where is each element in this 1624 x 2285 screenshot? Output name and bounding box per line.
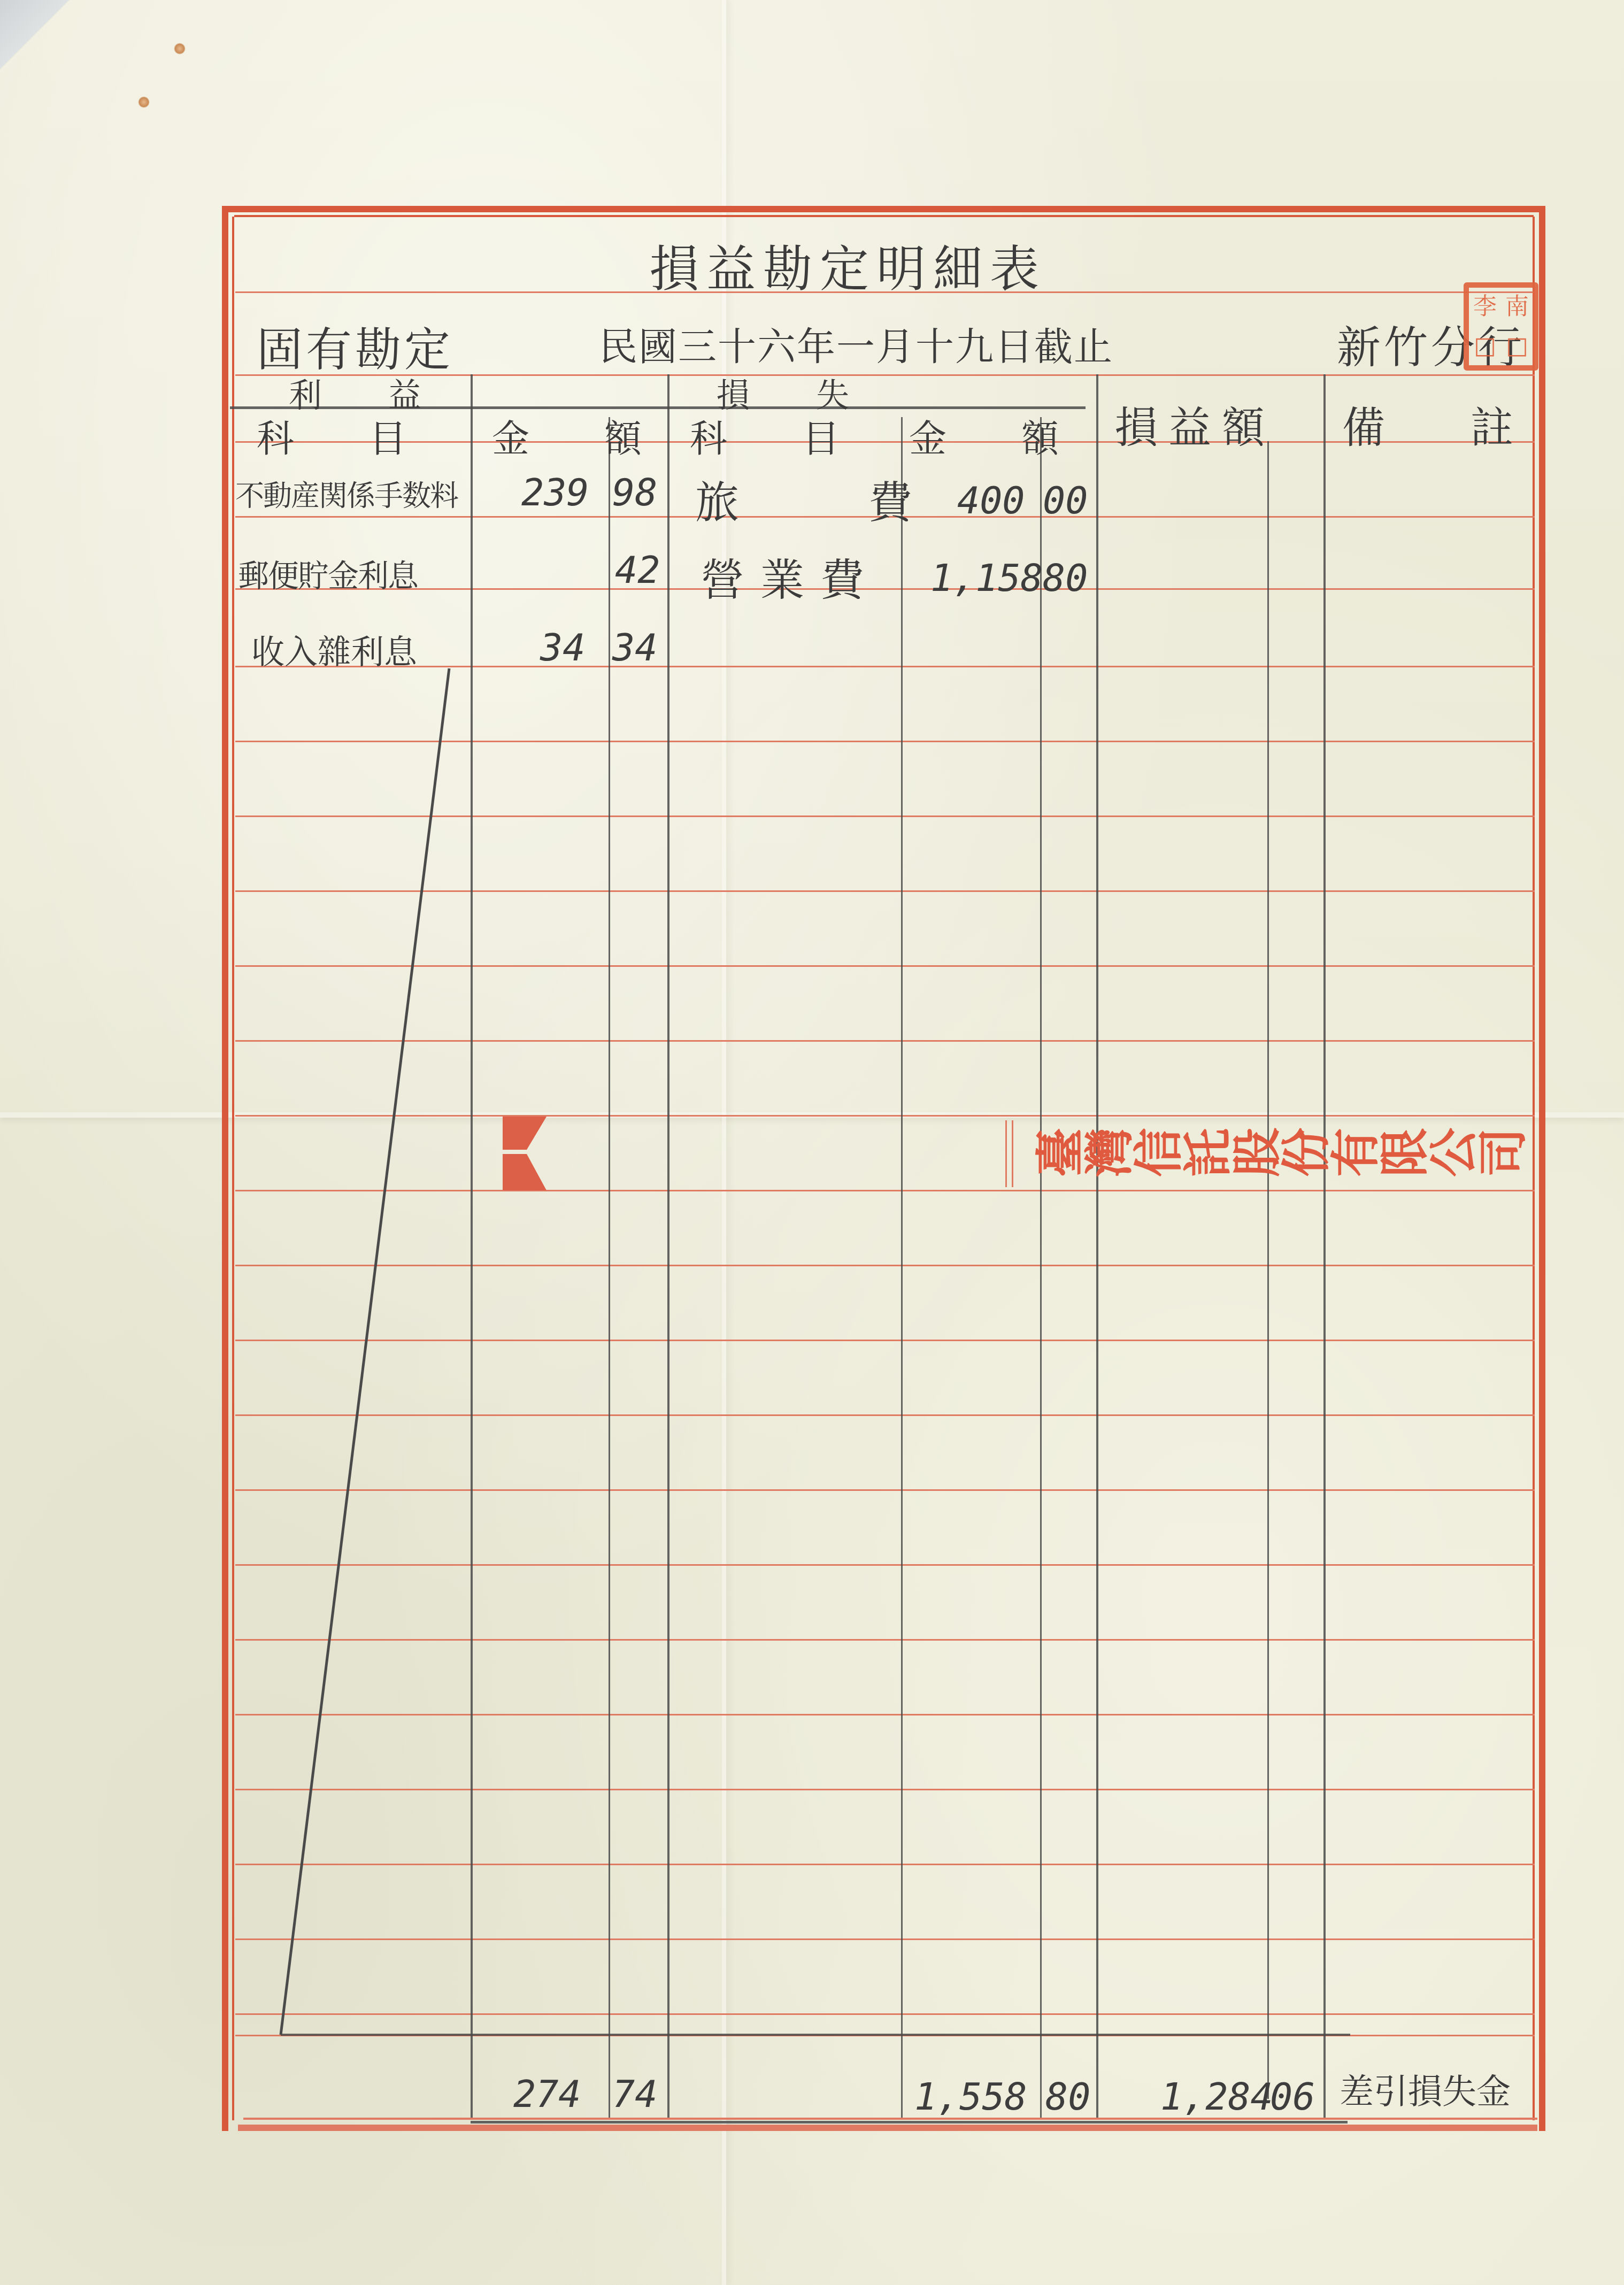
net-loss-int: 1,284: [1160, 2075, 1273, 2119]
loss-amount-int: 400: [957, 479, 1025, 522]
col-header-loss-item: 科 目: [690, 409, 840, 463]
net-loss-dec: 06: [1270, 2075, 1315, 2119]
period-date: 民國三十六年一月十九日截止: [599, 316, 1113, 371]
profit-amount-dec: 42: [615, 548, 660, 592]
profit-amount-dec: 98: [612, 471, 657, 514]
red-seal-stamp: 李 南 □ □: [1464, 282, 1538, 371]
col-header-net: 損益額: [1115, 393, 1275, 455]
band-rule: [1005, 1120, 1007, 1187]
col-header-profit-amount: 金 額: [492, 409, 642, 463]
profit-total-dec: 74: [612, 2072, 657, 2116]
profit-total-int: 274: [513, 2072, 581, 2116]
col-header-remarks: 備 註: [1342, 393, 1535, 455]
printed-company-name: 臺 灣 信 託 股 份 有 限 公 司: [1032, 1120, 1513, 1184]
col-header-profit-item: 科 目: [257, 409, 406, 463]
profit-amount-int: 239: [521, 471, 589, 514]
profit-amount-dec: 34: [612, 626, 657, 670]
loss-item: 營業費: [701, 545, 880, 608]
profit-item: 郵便貯金利息: [238, 551, 418, 596]
net-loss-remark: 差引損失金: [1340, 2064, 1511, 2113]
profit-item: 不動産関係手数料: [235, 473, 458, 514]
loss-amount-int: 1,158: [930, 556, 1043, 600]
loss-amount-dec: 80: [1043, 556, 1088, 600]
loss-total-int: 1,558: [914, 2075, 1027, 2119]
loss-total-dec: 80: [1045, 2075, 1090, 2119]
fishtail-ornament-icon: [503, 1117, 547, 1190]
profit-item: 收入雜利息: [251, 626, 417, 673]
col-header-loss-amount: 金 額: [909, 409, 1059, 463]
profit-amount-int: 34: [540, 626, 585, 670]
loss-item: 旅 費: [695, 468, 955, 530]
loss-amount-dec: 00: [1043, 479, 1088, 522]
document-title: 損益勘定明細表: [650, 230, 1046, 301]
band-rule: [1012, 1120, 1013, 1187]
